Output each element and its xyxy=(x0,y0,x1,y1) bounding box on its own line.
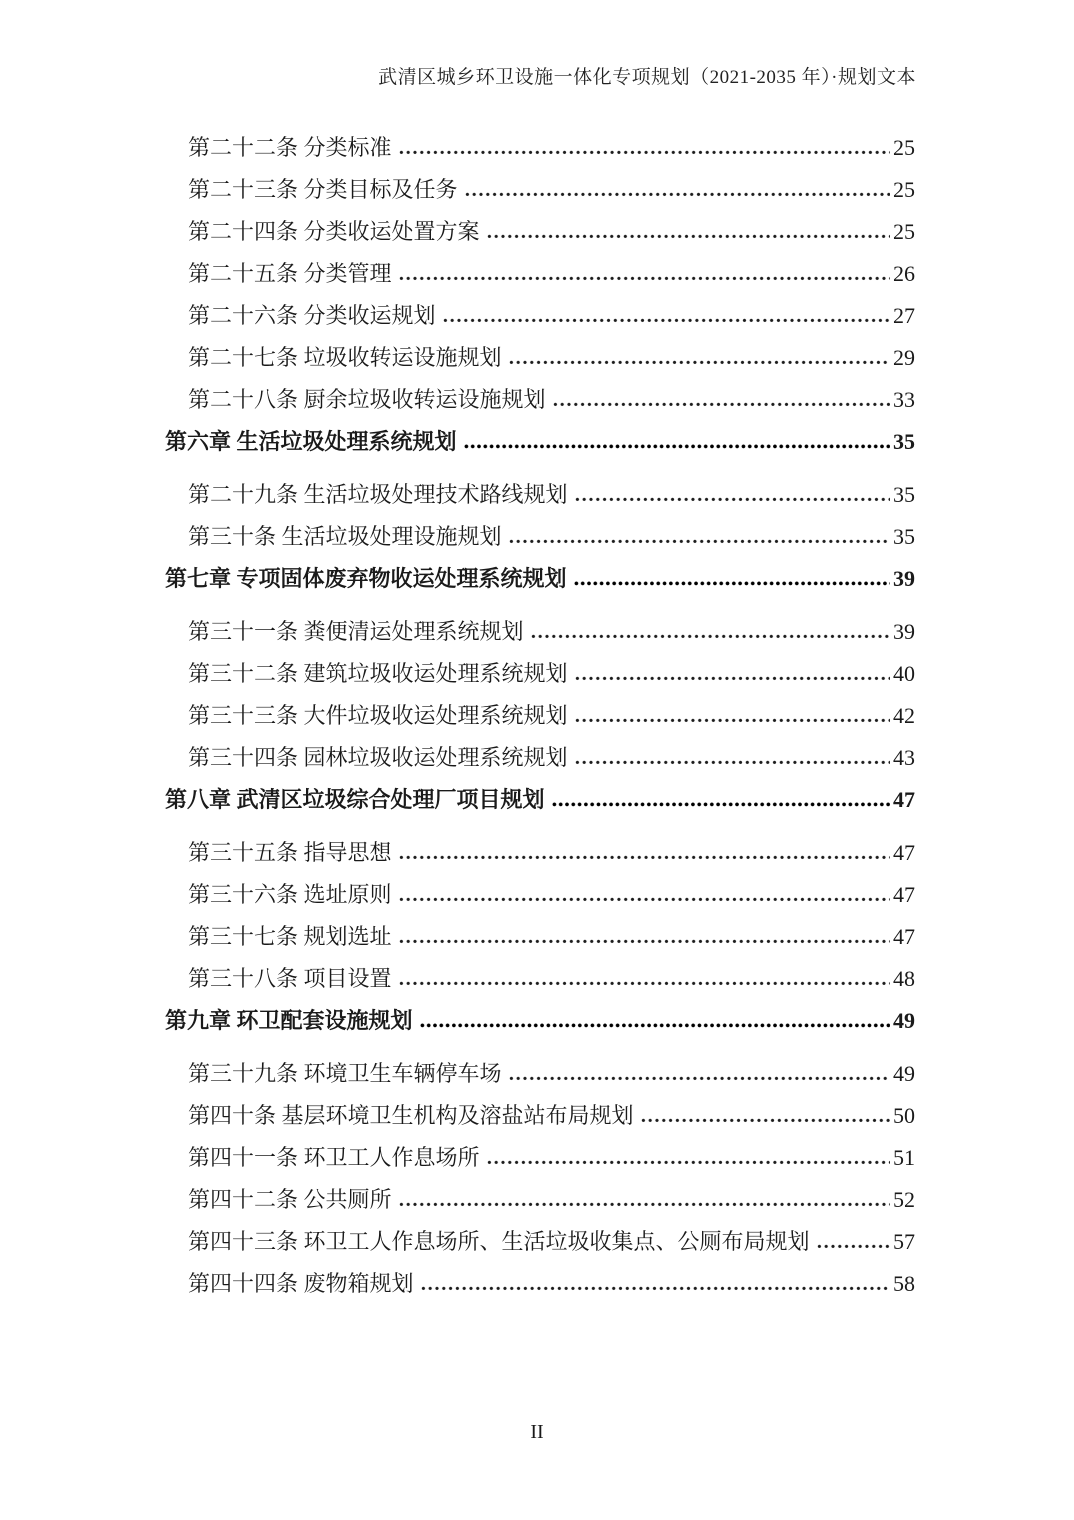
dot-leader xyxy=(399,276,890,281)
toc-entry-page: 25 xyxy=(893,219,915,245)
toc-entry[interactable]: 第四十四条 废物箱规划 58 xyxy=(165,1267,915,1295)
dot-leader xyxy=(509,360,890,365)
toc-entry[interactable]: 第二十六条 分类收运规划 27 xyxy=(165,299,915,327)
toc-list: 第二十二条 分类标准 25 第二十三条 分类目标及任务 25 第二十四条 分类收… xyxy=(165,131,915,1309)
toc-entry[interactable]: 第八章 武清区垃圾综合处理厂项目规划 47 xyxy=(165,783,915,811)
toc-entry[interactable]: 第三十四条 园林垃圾收运处理系统规划 43 xyxy=(165,741,915,769)
dot-leader xyxy=(552,802,890,807)
toc-entry-title: 第七章 专项固体废弃物收运处理系统规划 xyxy=(165,562,567,593)
document-page: 武清区城乡环卫设施一体化专项规划（2021-2035 年）·规划文本 第二十二条… xyxy=(0,0,1074,1520)
dot-leader xyxy=(420,1023,890,1028)
page-number: II xyxy=(0,1421,1074,1444)
toc-entry-page: 47 xyxy=(893,882,915,908)
toc-entry-page: 39 xyxy=(893,566,915,592)
toc-entry[interactable]: 第三十条 生活垃圾处理设施规划 35 xyxy=(165,520,915,548)
toc-entry-page: 47 xyxy=(893,787,915,813)
toc-entry[interactable]: 第二十四条 分类收运处置方案 25 xyxy=(165,215,915,243)
dot-leader xyxy=(575,760,890,765)
dot-leader xyxy=(465,192,890,197)
toc-entry-title: 第三十一条 粪便清运处理系统规划 xyxy=(188,615,524,646)
dot-leader xyxy=(421,1286,890,1291)
toc-entry[interactable]: 第二十三条 分类目标及任务 25 xyxy=(165,173,915,201)
document-header-title: 武清区城乡环卫设施一体化专项规划（2021-2035 年）·规划文本 xyxy=(0,62,916,89)
toc-entry-title: 第九章 环卫配套设施规划 xyxy=(165,1004,413,1035)
dot-leader xyxy=(399,855,890,860)
toc-entry-page: 57 xyxy=(893,1229,915,1255)
dot-leader xyxy=(817,1244,890,1249)
toc-entry-title: 第二十二条 分类标准 xyxy=(188,131,392,162)
toc-entry-title: 第三十四条 园林垃圾收运处理系统规划 xyxy=(188,741,568,772)
toc-entry-page: 47 xyxy=(893,924,915,950)
toc-entry[interactable]: 第二十二条 分类标准 25 xyxy=(165,131,915,159)
dot-leader xyxy=(464,444,890,449)
toc-entry-title: 第二十五条 分类管理 xyxy=(188,257,392,288)
toc-entry[interactable]: 第三十一条 粪便清运处理系统规划 39 xyxy=(165,615,915,643)
toc-entry-page: 48 xyxy=(893,966,915,992)
toc-entry-page: 25 xyxy=(893,177,915,203)
dot-leader xyxy=(531,634,890,639)
toc-entry-title: 第四十一条 环卫工人作息场所 xyxy=(188,1141,480,1172)
dot-leader xyxy=(443,318,890,323)
toc-entry[interactable]: 第三十二条 建筑垃圾收运处理系统规划 40 xyxy=(165,657,915,685)
toc-entry-page: 25 xyxy=(893,135,915,161)
toc-entry-page: 39 xyxy=(893,619,915,645)
dot-leader xyxy=(399,981,890,986)
toc-entry-title: 第二十四条 分类收运处置方案 xyxy=(188,215,480,246)
toc-entry-page: 33 xyxy=(893,387,915,413)
toc-entry-page: 47 xyxy=(893,840,915,866)
toc-entry[interactable]: 第二十八条 厨余垃圾收转运设施规划 33 xyxy=(165,383,915,411)
toc-entry[interactable]: 第四十条 基层环境卫生机构及溶盐站布局规划 50 xyxy=(165,1099,915,1127)
toc-entry[interactable]: 第七章 专项固体废弃物收运处理系统规划 39 xyxy=(165,562,915,590)
toc-entry-title: 第三十条 生活垃圾处理设施规划 xyxy=(188,520,502,551)
dot-leader xyxy=(487,234,890,239)
toc-entry[interactable]: 第三十六条 选址原则 47 xyxy=(165,878,915,906)
dot-leader xyxy=(399,897,890,902)
toc-entry[interactable]: 第三十五条 指导思想 47 xyxy=(165,836,915,864)
dot-leader xyxy=(399,939,890,944)
dot-leader xyxy=(641,1118,890,1123)
toc-entry[interactable]: 第三十七条 规划选址 47 xyxy=(165,920,915,948)
toc-entry-title: 第四十三条 环卫工人作息场所、生活垃圾收集点、公厕布局规划 xyxy=(188,1225,810,1256)
toc-entry[interactable]: 第三十八条 项目设置 48 xyxy=(165,962,915,990)
dot-leader xyxy=(574,581,890,586)
dot-leader xyxy=(399,150,890,155)
toc-entry-title: 第六章 生活垃圾处理系统规划 xyxy=(165,425,457,456)
toc-entry[interactable]: 第三十三条 大件垃圾收运处理系统规划 42 xyxy=(165,699,915,727)
toc-entry[interactable]: 第二十五条 分类管理 26 xyxy=(165,257,915,285)
toc-entry[interactable]: 第三十九条 环境卫生车辆停车场 49 xyxy=(165,1057,915,1085)
dot-leader xyxy=(509,539,890,544)
toc-entry-title: 第二十九条 生活垃圾处理技术路线规划 xyxy=(188,478,568,509)
toc-entry[interactable]: 第四十二条 公共厕所 52 xyxy=(165,1183,915,1211)
toc-entry[interactable]: 第四十一条 环卫工人作息场所 51 xyxy=(165,1141,915,1169)
toc-entry-title: 第四十四条 废物箱规划 xyxy=(188,1267,414,1298)
toc-entry[interactable]: 第二十七条 垃圾收转运设施规划 29 xyxy=(165,341,915,369)
toc-entry-title: 第三十八条 项目设置 xyxy=(188,962,392,993)
toc-entry-title: 第二十七条 垃圾收转运设施规划 xyxy=(188,341,502,372)
dot-leader xyxy=(575,497,890,502)
toc-entry-title: 第二十三条 分类目标及任务 xyxy=(188,173,458,204)
dot-leader xyxy=(399,1202,890,1207)
toc-entry-page: 52 xyxy=(893,1187,915,1213)
dot-leader xyxy=(509,1076,890,1081)
toc-entry[interactable]: 第六章 生活垃圾处理系统规划 35 xyxy=(165,425,915,453)
toc-entry-page: 26 xyxy=(893,261,915,287)
toc-entry-page: 50 xyxy=(893,1103,915,1129)
toc-entry-title: 第四十条 基层环境卫生机构及溶盐站布局规划 xyxy=(188,1099,634,1130)
toc-entry[interactable]: 第二十九条 生活垃圾处理技术路线规划 35 xyxy=(165,478,915,506)
dot-leader xyxy=(553,402,890,407)
toc-entry-title: 第二十八条 厨余垃圾收转运设施规划 xyxy=(188,383,546,414)
toc-entry-title: 第八章 武清区垃圾综合处理厂项目规划 xyxy=(165,783,545,814)
toc-entry-title: 第三十二条 建筑垃圾收运处理系统规划 xyxy=(188,657,568,688)
toc-entry[interactable]: 第四十三条 环卫工人作息场所、生活垃圾收集点、公厕布局规划 57 xyxy=(165,1225,915,1253)
toc-entry-page: 27 xyxy=(893,303,915,329)
toc-entry[interactable]: 第九章 环卫配套设施规划 49 xyxy=(165,1004,915,1032)
toc-entry-title: 第三十六条 选址原则 xyxy=(188,878,392,909)
dot-leader xyxy=(575,676,890,681)
toc-entry-title: 第四十二条 公共厕所 xyxy=(188,1183,392,1214)
dot-leader xyxy=(487,1160,890,1165)
toc-entry-title: 第三十五条 指导思想 xyxy=(188,836,392,867)
toc-entry-title: 第二十六条 分类收运规划 xyxy=(188,299,436,330)
toc-entry-page: 35 xyxy=(893,524,915,550)
toc-entry-page: 43 xyxy=(893,745,915,771)
toc-entry-page: 35 xyxy=(893,429,915,455)
dot-leader xyxy=(575,718,890,723)
toc-entry-page: 49 xyxy=(893,1061,915,1087)
toc-entry-page: 40 xyxy=(893,661,915,687)
toc-entry-page: 42 xyxy=(893,703,915,729)
toc-entry-title: 第三十九条 环境卫生车辆停车场 xyxy=(188,1057,502,1088)
toc-entry-page: 49 xyxy=(893,1008,915,1034)
toc-entry-page: 35 xyxy=(893,482,915,508)
toc-entry-title: 第三十三条 大件垃圾收运处理系统规划 xyxy=(188,699,568,730)
toc-entry-page: 58 xyxy=(893,1271,915,1297)
toc-entry-title: 第三十七条 规划选址 xyxy=(188,920,392,951)
toc-entry-page: 29 xyxy=(893,345,915,371)
toc-entry-page: 51 xyxy=(893,1145,915,1171)
